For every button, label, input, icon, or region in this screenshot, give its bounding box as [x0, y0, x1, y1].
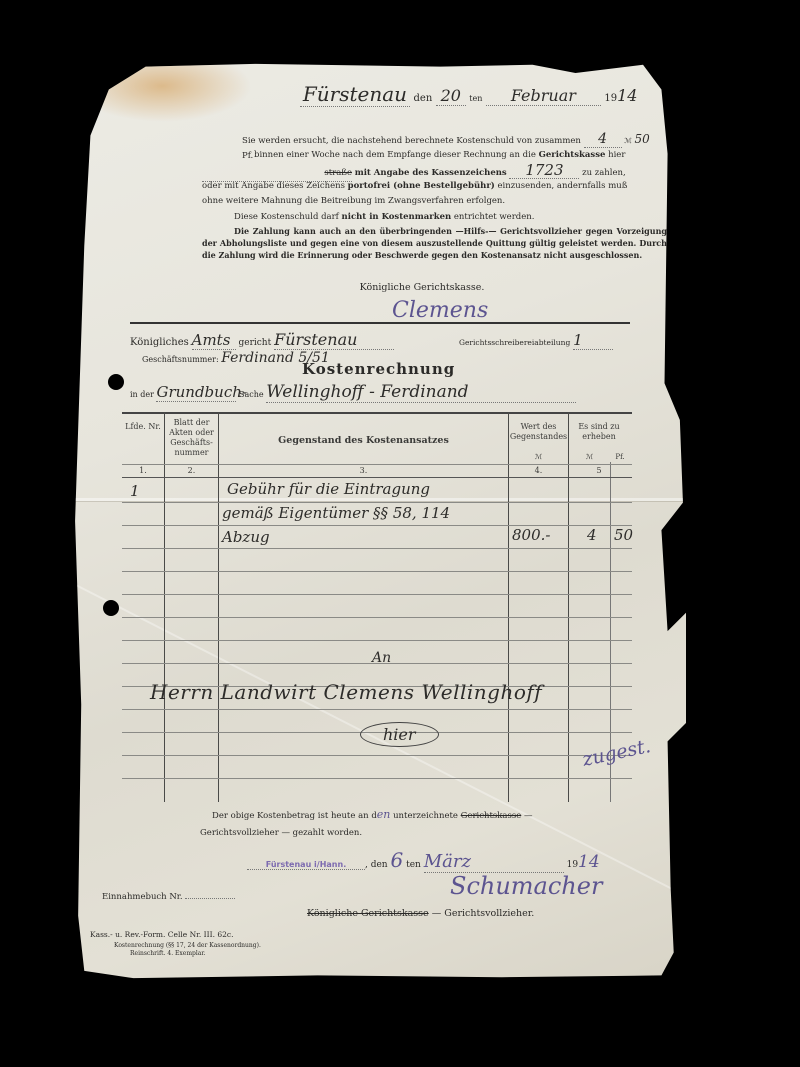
ruled-line: [122, 617, 632, 618]
place-handwritten: Fürstenau: [300, 82, 410, 107]
ruled-line: [122, 778, 632, 779]
case-line: in der Grundbuch- Sache Wellinghoff - Fe…: [130, 382, 650, 403]
header-rule: [122, 464, 632, 465]
col-header-pf: Pf.: [610, 452, 630, 462]
case-type: Grundbuch-: [156, 383, 236, 402]
col-header-mark: ℳ: [569, 452, 610, 462]
row-1-text-line-1: Gebühr für die Eintragung: [227, 480, 430, 498]
place-stamp: Fürstenau i/Hann.: [247, 860, 365, 870]
receipt-year: 14: [578, 852, 600, 872]
form-desc: Kostenrechnung (§§ 17, 24 der Kassenordn…: [114, 942, 261, 949]
table-top-rule: [122, 412, 632, 414]
receipt-authority: Königliche Gerichtskasse — Gerichtsvollz…: [307, 908, 534, 919]
col-header-wert: Wert des Gegenstandes: [509, 422, 568, 442]
ruled-line: [122, 640, 632, 641]
notice-line-5: ohne weitere Mahnung die Beitreibung im …: [202, 194, 667, 209]
side-note-zugestellt: zugest.: [580, 735, 652, 771]
ruled-line: [122, 548, 632, 549]
document-title: Kostenrechnung: [302, 360, 442, 378]
signature-schumacher: Schumacher: [450, 872, 602, 900]
ruled-line: [122, 755, 632, 756]
row-1-text-line-2: gemäß Eigentümer §§ 58, 114: [222, 504, 450, 522]
ruled-line: [122, 525, 632, 526]
einnahmebuch-field: [185, 898, 235, 899]
signature-clemens: Clemens: [392, 298, 488, 323]
col-header-gegenstand: Gegenstand des Kostenansatzes: [219, 436, 508, 446]
court-place: Fürstenau: [274, 330, 394, 350]
day-handwritten: 20: [436, 86, 466, 106]
row-1-text-line-3: Abzug: [222, 528, 270, 546]
addressee-prefix: An: [372, 650, 391, 666]
ruled-line: [122, 594, 632, 595]
case-parties: Wellinghoff - Ferdinand: [266, 382, 576, 403]
row-1-pf: 50: [614, 526, 633, 544]
year-prefix: 19: [604, 93, 617, 104]
receipt-date-line: Fürstenau i/Hann., den 6 ten März 1914: [247, 848, 647, 873]
court-type: Amts: [192, 331, 236, 350]
den-label: den: [414, 93, 433, 104]
col-num-3: 3.: [219, 466, 508, 476]
punch-hole-upper: [108, 374, 124, 390]
ruled-line: [122, 502, 632, 503]
notice-line-2: binnen einer Woche nach dem Empfange die…: [254, 148, 664, 163]
authority-label: Königliche Gerichtskasse.: [322, 282, 522, 293]
row-1-nr: 1: [130, 482, 140, 500]
col-num-4: 4.: [509, 466, 568, 476]
court-line: Königliches Amts gericht Fürstenau Geric…: [130, 330, 650, 350]
notice-line-4: oder mit Angabe dieses Zeichens portofre…: [202, 179, 667, 194]
col-num-5: 5: [569, 466, 629, 476]
year-suffix-handwritten: 14: [617, 86, 637, 105]
water-stain: [102, 62, 252, 122]
abteilung-value: 1: [573, 331, 613, 350]
receipt-month: März: [424, 851, 564, 873]
col-header-wert-unit: ℳ: [509, 452, 568, 462]
amount-mark: 4: [584, 132, 622, 148]
addressee-name: Herrn Landwirt Clemens Wellinghoff: [150, 680, 542, 704]
receipt-day: 6: [390, 848, 403, 872]
ruled-line: [122, 709, 632, 710]
notice-para-3: Die Zahlung kann auch an den überbringen…: [202, 225, 667, 261]
receipt-line-1: Der obige Kostenbetrag ist heute an den …: [212, 808, 632, 821]
numbers-rule: [122, 477, 632, 478]
form-copy: Reinschrift. 4. Exemplar.: [130, 950, 205, 957]
col-num-2: 2.: [165, 466, 218, 476]
col-header-erheben: Es sind zu erheben: [569, 422, 629, 442]
header-date-line: Fürstenau den 20 ten Februar 1914: [300, 82, 670, 107]
row-1-mark: 4: [587, 526, 597, 544]
document-paper: Fürstenau den 20 ten Februar 1914 Sie we…: [72, 62, 686, 980]
ten-label: ten: [469, 94, 482, 103]
row-1-wert: 800.-: [512, 526, 550, 544]
addressee-hier: hier: [360, 722, 439, 747]
col-header-blatt: Blatt der Akten oder Geschäfts-nummer: [165, 418, 218, 458]
einnahmebuch-line: Einnahmebuch Nr.: [102, 892, 235, 902]
receipt-line-2: Gerichtsvollzieher — gezahlt worden.: [200, 828, 362, 838]
col-num-1: 1.: [122, 466, 164, 476]
punch-hole-lower: [103, 600, 119, 616]
month-handwritten: Februar: [486, 86, 601, 106]
amount-pf: 50: [635, 132, 650, 146]
section-divider: [130, 322, 630, 324]
form-id: Kass.- u. Rev.-Form. Celle Nr. III. 62c.: [90, 930, 233, 939]
notice-para-2: Diese Kostenschuld darf nicht in Kostenm…: [234, 210, 664, 225]
ruled-line: [122, 571, 632, 572]
col-header-nr: Lfde. Nr.: [122, 422, 164, 432]
kassenzeichen: 1723: [509, 163, 579, 179]
